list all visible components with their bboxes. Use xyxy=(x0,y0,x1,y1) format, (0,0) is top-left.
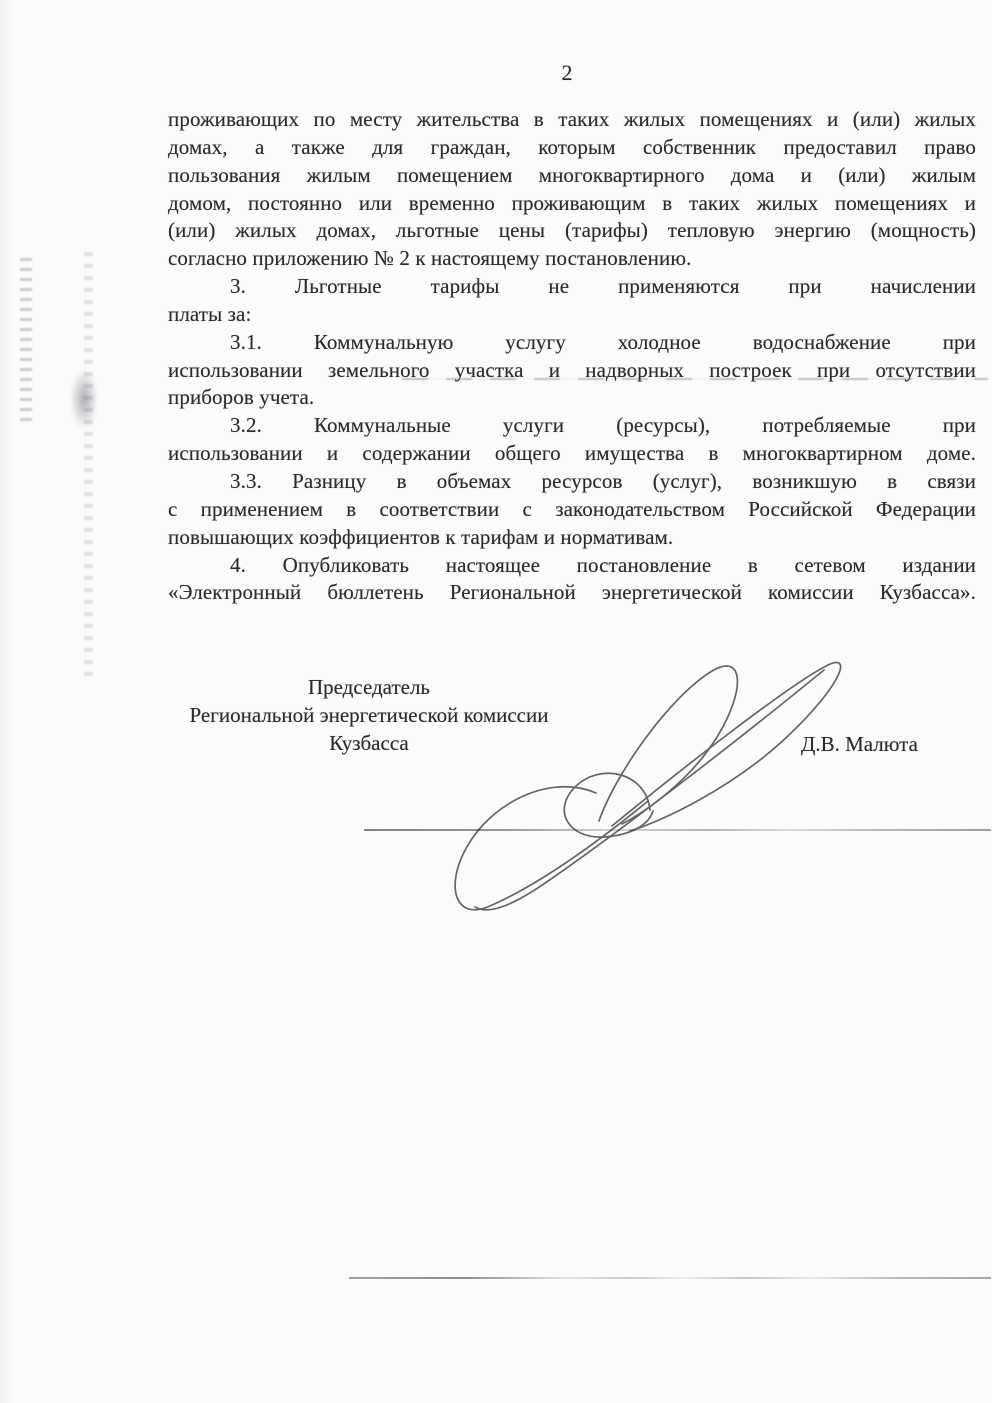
page-number: 2 xyxy=(552,60,582,86)
body-line: (или) жилых домах, льготные цены (тарифы… xyxy=(168,217,976,245)
body-line: повышающих коэффициентов к тарифам и нор… xyxy=(168,524,976,552)
scanned-document-page: 2 проживающих по месту жительства в таки… xyxy=(0,0,992,1403)
signer-title-line: Кузбасса xyxy=(168,730,570,758)
margin-smudge xyxy=(20,258,32,423)
signer-title-line: Региональной энергетической комиссии xyxy=(168,702,570,730)
body-line-item-3: 3. Льготные тарифы не применяются при на… xyxy=(168,273,976,301)
body-line-item-4: 4. Опубликовать настоящее постановление … xyxy=(168,552,976,580)
body-line: платы за: xyxy=(168,301,976,329)
body-line: домом, постоянно или временно проживающи… xyxy=(168,190,976,218)
body-line: пользования жилым помещением многокварти… xyxy=(168,162,976,190)
body-line: использовании земельного участка и надво… xyxy=(168,357,976,385)
bottom-faint-rule-line xyxy=(349,1277,991,1279)
body-line-item-3-1: 3.1. Коммунальную услугу холодное водосн… xyxy=(168,329,976,357)
signature-rule-line xyxy=(364,829,991,831)
body-line-item-3-2: 3.2. Коммунальные услуги (ресурсы), потр… xyxy=(168,412,976,440)
body-line: домах, а также для граждан, которым собс… xyxy=(168,134,976,162)
body-line: с применением в соответствии с законодат… xyxy=(168,496,976,524)
margin-smudge xyxy=(84,252,93,682)
body-line: приборов учета. xyxy=(168,384,976,412)
body-line: согласно приложению № 2 к настоящему пос… xyxy=(168,245,976,273)
signature-title-block: Председатель Региональной энергетической… xyxy=(168,674,570,757)
scan-edge-shadow xyxy=(0,0,14,1403)
body-line: использовании и содержании общего имущес… xyxy=(168,440,976,468)
document-body: проживающих по месту жительства в таких … xyxy=(168,106,976,607)
body-line-item-3-3: 3.3. Разницу в объемах ресурсов (услуг),… xyxy=(168,468,976,496)
signer-name: Д.В. Малюта xyxy=(801,732,961,757)
signer-title-line: Председатель xyxy=(168,674,570,702)
body-line: проживающих по месту жительства в таких … xyxy=(168,106,976,134)
scan-artifact-underline xyxy=(402,378,988,380)
margin-smudge xyxy=(70,368,98,430)
body-line: «Электронный бюллетень Региональной энер… xyxy=(168,579,976,607)
